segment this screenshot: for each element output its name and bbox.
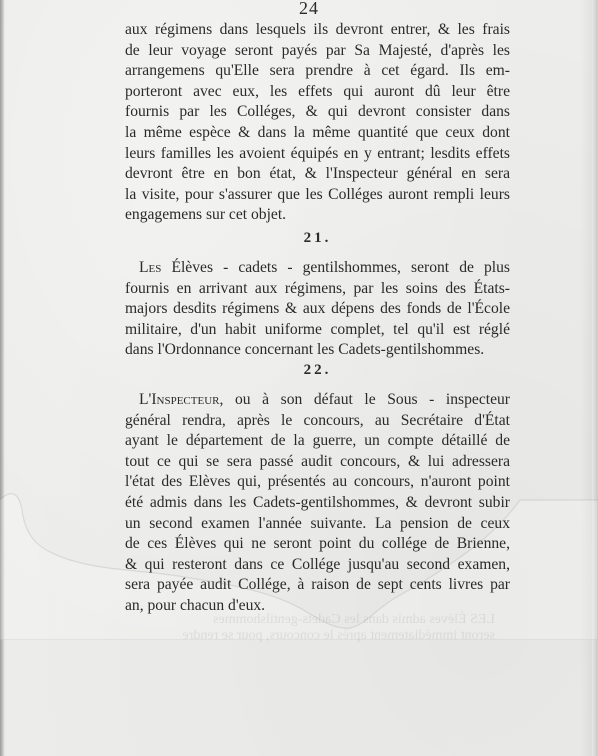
page-left-edge-shadow bbox=[0, 0, 4, 756]
text-line: & qui resteront dans ce Collége jusqu'au… bbox=[125, 555, 510, 576]
article-22-paragraph: L'Inspecteur, ou à son défaut le Sous - … bbox=[125, 390, 510, 617]
text-line: fournis en arrivant aux régimens, par le… bbox=[125, 279, 510, 300]
show-through-text: LES Élèves admis dans les Cadets-gentils… bbox=[125, 612, 495, 644]
text-line-first: Les Élèves - cadets - gentilshommes, ser… bbox=[125, 258, 510, 279]
text-line: dans l'Ordonnance concernant les Cadets-… bbox=[125, 340, 510, 361]
text-line: aux régimens dans lesquels ils devront e… bbox=[125, 20, 510, 41]
article-number-22: 22. bbox=[125, 362, 510, 379]
text-line: leurs familles les avoient équipés en y … bbox=[125, 144, 510, 165]
article-21-paragraph: Les Élèves - cadets - gentilshommes, ser… bbox=[125, 258, 510, 361]
text-line: arrangemens qu'Elle sera prendre à cet é… bbox=[125, 61, 510, 82]
document-page: LES Élèves admis dans les Cadets-gentils… bbox=[0, 0, 598, 756]
text-line: devront être en bon état, & l'Inspecteur… bbox=[125, 164, 510, 185]
text-line: été admis dans les Cadets-gentilshommes,… bbox=[125, 493, 510, 514]
page-right-edge-shadow bbox=[592, 0, 598, 756]
show-through-line: seront immédiatement après le concours, … bbox=[125, 628, 495, 644]
article-number-21: 21. bbox=[125, 230, 510, 247]
text-line: un second examen l'année suivante. La pe… bbox=[125, 514, 510, 535]
text-line-first: L'Inspecteur, ou à son défaut le Sous - … bbox=[125, 390, 510, 411]
text-line: militaire, d'un habit uniforme complet, … bbox=[125, 320, 510, 341]
text-line: la même espèce & dans la même quantité q… bbox=[125, 123, 510, 144]
continuation-paragraph: aux régimens dans lesquels ils devront e… bbox=[125, 20, 510, 226]
text-line: général rendra, après le concours, au Se… bbox=[125, 411, 510, 432]
lead-word: L'Inspecteur bbox=[139, 391, 219, 408]
text-line: ayant le département de la guerre, un co… bbox=[125, 431, 510, 452]
text-line: porteront avec eux, les effets qui auron… bbox=[125, 82, 510, 103]
text-line: fournis par les Colléges, & qui devront … bbox=[125, 102, 510, 123]
text-line: la visite, pour s'assurer que les Collég… bbox=[125, 185, 510, 206]
text-line: de leur voyage seront payés par Sa Majes… bbox=[125, 41, 510, 62]
first-line-text: , ou à son défaut le Sous - inspecteur bbox=[219, 391, 510, 408]
text-line: an, pour chacun d'eux. bbox=[125, 596, 510, 617]
lead-word: Les bbox=[139, 259, 161, 276]
text-line: sera payée audit Collége, à raison de se… bbox=[125, 575, 510, 596]
page-number: 24 bbox=[0, 0, 598, 19]
text-line: engagemens sur cet objet. bbox=[125, 205, 510, 226]
text-line: tout ce qui se sera passé audit concours… bbox=[125, 452, 510, 473]
text-line: de ces Élèves qui ne seront point du col… bbox=[125, 534, 510, 555]
first-line-text: Élèves - cadets - gentilshommes, seront … bbox=[161, 259, 510, 276]
text-line: l'état des Elèves qui, présentés au conc… bbox=[125, 472, 510, 493]
text-line: majors desdits régimens & aux dépens des… bbox=[125, 299, 510, 320]
